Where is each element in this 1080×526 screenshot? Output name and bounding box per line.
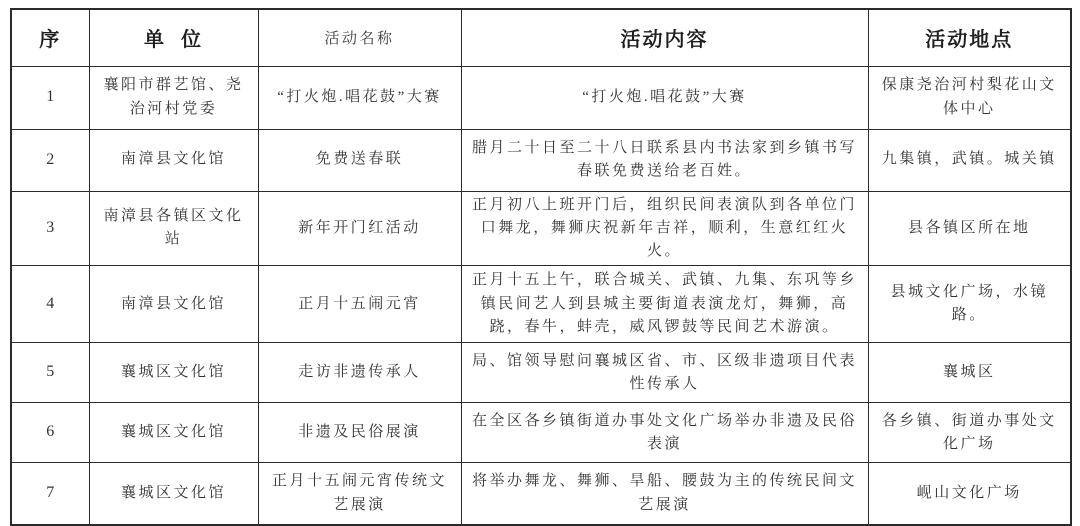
cell-content: 正月初八上班开门后，组织民间表演队到各单位门口舞龙，舞狮庆祝新年吉祥，顺利，生意… bbox=[461, 191, 868, 266]
cell-name: 正月十五闹元宵 bbox=[258, 266, 461, 343]
cell-index: 5 bbox=[11, 343, 89, 403]
cell-index: 7 bbox=[11, 463, 89, 516]
cell-location: 九集镇，武镇。城关镇 bbox=[868, 129, 1071, 191]
activity-schedule-table: 序 单 位 活动名称 活动内容 活动地点 1 襄阳市群艺馆、尧治河村党委 “打火… bbox=[10, 8, 1070, 516]
cell-unit: 襄城区文化馆 bbox=[89, 403, 258, 463]
cell-location: 县城文化广场，水镜路。 bbox=[868, 266, 1071, 343]
cell-location: 保康尧治河村梨花山文体中心 bbox=[868, 66, 1071, 129]
cell-unit: 襄城区文化馆 bbox=[89, 343, 258, 403]
cell-index: 2 bbox=[11, 129, 89, 191]
cell-content: 腊月二十日至二十八日联系县内书法家到乡镇书写春联免费送给老百姓。 bbox=[461, 129, 868, 191]
header-cell-unit: 单 位 bbox=[89, 9, 258, 66]
cell-name: 新年开门红活动 bbox=[258, 191, 461, 266]
table-row: 5 襄城区文化馆 走访非遗传承人 局、馆领导慰问襄城区省、市、区级非遗项目代表性… bbox=[11, 343, 1071, 403]
cell-name: “打火炮.唱花鼓”大赛 bbox=[258, 66, 461, 129]
table-row: 1 襄阳市群艺馆、尧治河村党委 “打火炮.唱花鼓”大赛 “打火炮.唱花鼓”大赛 … bbox=[11, 66, 1071, 129]
cell-content: 将举办舞龙、舞狮、旱船、腰鼓为主的传统民间文艺展演 bbox=[461, 463, 868, 516]
table-row: 7 襄城区文化馆 正月十五闹元宵传统文艺展演 将举办舞龙、舞狮、旱船、腰鼓为主的… bbox=[11, 463, 1071, 516]
cell-location: 岘山文化广场 bbox=[868, 463, 1071, 516]
header-cell-name: 活动名称 bbox=[258, 9, 461, 66]
cell-index: 3 bbox=[11, 191, 89, 266]
cell-unit: 南漳县文化馆 bbox=[89, 266, 258, 343]
cell-name: 免费送春联 bbox=[258, 129, 461, 191]
table-row: 3 南漳县各镇区文化站 新年开门红活动 正月初八上班开门后，组织民间表演队到各单… bbox=[11, 191, 1071, 266]
cell-content: 正月十五上午，联合城关、武镇、九集、东巩等乡镇民间艺人到县城主要街道表演龙灯，舞… bbox=[461, 266, 868, 343]
cell-location: 县各镇区所在地 bbox=[868, 191, 1071, 266]
cell-unit: 南漳县文化馆 bbox=[89, 129, 258, 191]
table-row: 6 襄城区文化馆 非遗及民俗展演 在全区各乡镇街道办事处文化广场举办非遗及民俗表… bbox=[11, 403, 1071, 463]
cell-content: “打火炮.唱花鼓”大赛 bbox=[461, 66, 868, 129]
header-cell-index: 序 bbox=[11, 9, 89, 66]
cell-index: 4 bbox=[11, 266, 89, 343]
cell-name: 非遗及民俗展演 bbox=[258, 403, 461, 463]
cell-unit: 南漳县各镇区文化站 bbox=[89, 191, 258, 266]
cell-content: 在全区各乡镇街道办事处文化广场举办非遗及民俗表演 bbox=[461, 403, 868, 463]
cell-location: 襄城区 bbox=[868, 343, 1071, 403]
activity-table: 序 单 位 活动名称 活动内容 活动地点 1 襄阳市群艺馆、尧治河村党委 “打火… bbox=[10, 8, 1072, 516]
cell-location: 各乡镇、街道办事处文化广场 bbox=[868, 403, 1071, 463]
cell-index: 6 bbox=[11, 403, 89, 463]
cell-name: 正月十五闹元宵传统文艺展演 bbox=[258, 463, 461, 516]
header-cell-content: 活动内容 bbox=[461, 9, 868, 66]
header-row: 序 单 位 活动名称 活动内容 活动地点 bbox=[11, 9, 1071, 66]
cell-index: 1 bbox=[11, 66, 89, 129]
cell-name: 走访非遗传承人 bbox=[258, 343, 461, 403]
table-row: 4 南漳县文化馆 正月十五闹元宵 正月十五上午，联合城关、武镇、九集、东巩等乡镇… bbox=[11, 266, 1071, 343]
cell-content: 局、馆领导慰问襄城区省、市、区级非遗项目代表性传承人 bbox=[461, 343, 868, 403]
cell-unit: 襄阳市群艺馆、尧治河村党委 bbox=[89, 66, 258, 129]
table-row: 2 南漳县文化馆 免费送春联 腊月二十日至二十八日联系县内书法家到乡镇书写春联免… bbox=[11, 129, 1071, 191]
cell-unit: 襄城区文化馆 bbox=[89, 463, 258, 516]
header-cell-location: 活动地点 bbox=[868, 9, 1071, 66]
